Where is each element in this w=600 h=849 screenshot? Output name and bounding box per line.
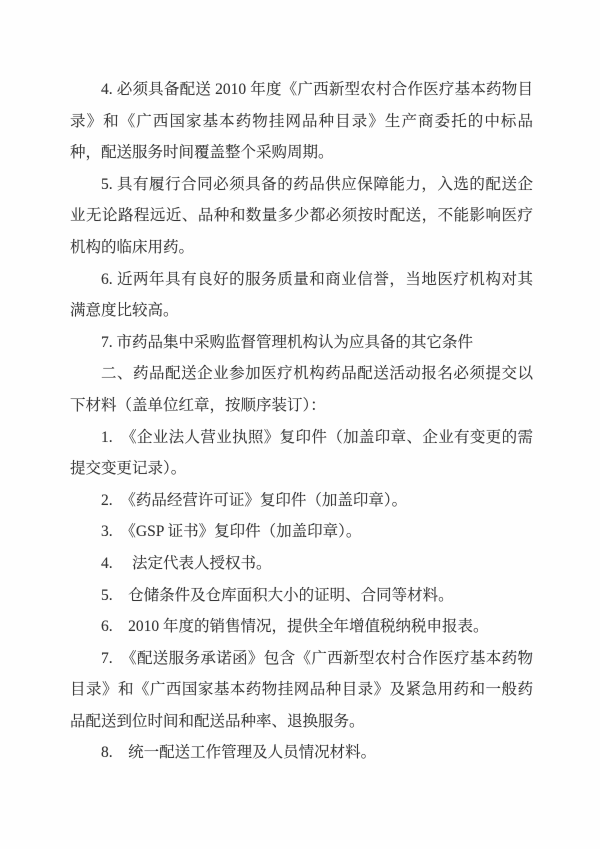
paragraph-material-item-8: 8. 统一配送工作管理及人员情况材料。 — [70, 737, 533, 769]
paragraph-material-item-7: 7. 《配送服务承诺函》包含《广西新型农村合作医疗基本药物目录》和《广西国家基本… — [70, 643, 533, 738]
paragraph-section-2-heading: 二、药品配送企业参加医疗机构药品配送活动报名必须提交以下材料（盖单位红章，按顺序… — [70, 358, 533, 421]
paragraph-material-item-2: 2. 《药品经营许可证》复印件（加盖印章）。 — [70, 485, 533, 517]
paragraph-material-item-4: 4. 法定代表人授权书。 — [70, 548, 533, 580]
document-page: 4. 必须具备配送 2010 年度《广西新型农村合作医疗基本药物目录》和《广西国… — [0, 0, 600, 849]
paragraph-clause-5: 5. 具有履行合同必须具备的药品供应保障能力，入选的配送企业无论路程远近、品种和… — [70, 169, 533, 264]
paragraph-clause-7: 7. 市药品集中采购监督管理机构认为应具备的其它条件 — [70, 327, 533, 359]
paragraph-material-item-3: 3. 《GSP 证书》复印件（加盖印章）。 — [70, 516, 533, 548]
paragraph-clause-4: 4. 必须具备配送 2010 年度《广西新型农村合作医疗基本药物目录》和《广西国… — [70, 74, 533, 169]
document-text-block: 4. 必须具备配送 2010 年度《广西新型农村合作医疗基本药物目录》和《广西国… — [70, 74, 533, 769]
paragraph-material-item-1: 1. 《企业法人营业执照》复印件（加盖印章、企业有变更的需提交变更记录）。 — [70, 422, 533, 485]
paragraph-material-item-5: 5. 仓储条件及仓库面积大小的证明、合同等材料。 — [70, 580, 533, 612]
paragraph-material-item-6: 6. 2010 年度的销售情况，提供全年增值税纳税申报表。 — [70, 611, 533, 643]
paragraph-clause-6: 6. 近两年具有良好的服务质量和商业信誉，当地医疗机构对其满意度比较高。 — [70, 264, 533, 327]
